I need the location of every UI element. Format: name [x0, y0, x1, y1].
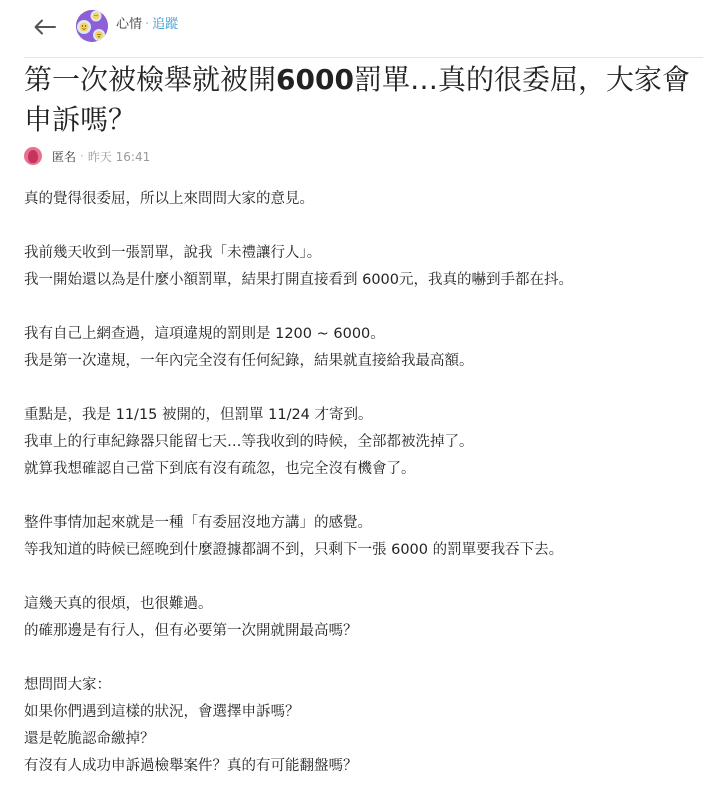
body-line: 我一開始還以為是什麼小額罰單，結果打開直接看到 6000元，我真的嚇到手都在抖。: [24, 267, 714, 294]
arrow-left-icon: [34, 19, 56, 35]
paragraph: 整件事情加起來就是一種「有委屈沒地方講」的感覺。 等我知道的時候已經晚到什麼證據…: [24, 510, 714, 564]
body-line: 就算我想確認自己當下到底有沒有疏忽，也完全沒有機會了。: [24, 456, 714, 483]
back-button[interactable]: [30, 12, 60, 42]
board-info: 心情·追蹤: [116, 16, 178, 34]
title-text-bold: 6000: [276, 63, 354, 96]
body-line: 的確那邊是有行人，但有必要第一次開就開最高嗎？: [24, 618, 714, 645]
paragraph: 重點是，我是 11/15 被開的，但罰單 11/24 才寄到。 我車上的行車紀錄…: [24, 402, 714, 483]
emoji-faces-icon: [76, 10, 108, 42]
separator-dot: ·: [145, 17, 149, 32]
title-text-before: 第一次被檢舉就被開: [24, 63, 276, 96]
follow-button[interactable]: 追蹤: [152, 17, 178, 32]
board-name[interactable]: 心情: [116, 17, 142, 32]
post-body: 真的覺得很委屈，所以上來問問大家的意見。 我前幾天收到一張罰單，說我「未禮讓行人…: [24, 186, 714, 807]
body-line: 這幾天真的很煩，也很難過。: [24, 591, 714, 618]
body-line: 真的覺得很委屈，所以上來問問大家的意見。: [24, 186, 714, 213]
body-line: 重點是，我是 11/15 被開的，但罰單 11/24 才寄到。: [24, 402, 714, 429]
post-meta: 匿名 · 昨天 16:41: [24, 146, 150, 166]
paragraph: 想問問大家： 如果你們遇到這樣的狀況，會選擇申訴嗎？ 還是乾脆認命繳掉？ 有沒有…: [24, 672, 714, 780]
header-divider: [24, 57, 703, 58]
body-line: 我有自己上網查過，這項違規的罰則是 1200 ~ 6000。: [24, 321, 714, 348]
post-title: 第一次被檢舉就被開6000罰單…真的很委屈，大家會申訴嗎？: [24, 60, 714, 140]
board-avatar[interactable]: [76, 10, 108, 42]
body-line: 想問問大家：: [24, 672, 714, 699]
body-line: 等我知道的時候已經晚到什麼證據都調不到，只剩下一張 6000 的罰單要我吞下去。: [24, 537, 714, 564]
body-line: 如果你們遇到這樣的狀況，會選擇申訴嗎？: [24, 699, 714, 726]
paragraph: 真的覺得很委屈，所以上來問問大家的意見。: [24, 186, 714, 213]
separator-dot: ·: [80, 149, 84, 163]
body-line: 有沒有人成功申訴過檢舉案件？真的有可能翻盤嗎？: [24, 753, 714, 780]
body-line: 我車上的行車紀錄器只能留七天…等我收到的時候，全部都被洗掉了。: [24, 429, 714, 456]
body-line: 整件事情加起來就是一種「有委屈沒地方講」的感覺。: [24, 510, 714, 537]
author-avatar-icon: [24, 147, 42, 165]
body-line: 我是第一次違規，一年內完全沒有任何紀錄，結果就直接給我最高額。: [24, 348, 714, 375]
body-line: 還是乾脆認命繳掉？: [24, 726, 714, 753]
paragraph: 我有自己上網查過，這項違規的罰則是 1200 ~ 6000。 我是第一次違規，一…: [24, 321, 714, 375]
author-name: 匿名: [52, 148, 76, 165]
post-time: 昨天 16:41: [88, 148, 150, 165]
top-bar: 心情·追蹤: [0, 0, 725, 52]
body-line: 我前幾天收到一張罰單，說我「未禮讓行人」。: [24, 240, 714, 267]
paragraph: 這幾天真的很煩，也很難過。 的確那邊是有行人，但有必要第一次開就開最高嗎？: [24, 591, 714, 645]
paragraph: 我前幾天收到一張罰單，說我「未禮讓行人」。 我一開始還以為是什麼小額罰單，結果打…: [24, 240, 714, 294]
